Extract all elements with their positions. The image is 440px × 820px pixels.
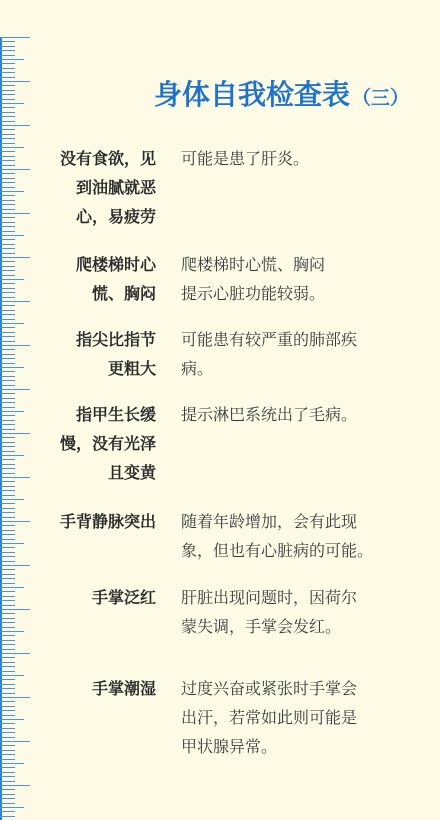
ruler-tick bbox=[0, 481, 15, 482]
ruler-tick bbox=[0, 499, 24, 500]
ruler-tick bbox=[0, 618, 15, 619]
explanation-cell: 可能患有较严重的肺部疾 病。 bbox=[181, 325, 396, 383]
ruler-tick bbox=[0, 640, 15, 641]
ruler-tick bbox=[0, 297, 15, 298]
ruler-tick bbox=[0, 732, 15, 733]
ruler-tick bbox=[0, 649, 15, 650]
title-main: 身体自我检查表 bbox=[154, 78, 350, 111]
ruler-tick bbox=[0, 46, 15, 47]
ruler-tick bbox=[0, 200, 15, 201]
ruler-tick bbox=[0, 99, 15, 100]
ruler-tick bbox=[0, 77, 15, 78]
ruler-tick bbox=[0, 811, 15, 812]
ruler-tick bbox=[0, 81, 30, 82]
ruler-tick bbox=[0, 398, 15, 399]
ruler-tick bbox=[0, 473, 15, 474]
ruler-tick bbox=[0, 789, 15, 790]
ruler-tick bbox=[0, 319, 15, 320]
ruler-tick bbox=[0, 539, 15, 540]
ruler-tick bbox=[0, 94, 15, 95]
ruler-tick bbox=[0, 261, 15, 262]
ruler-tick bbox=[0, 182, 15, 183]
ruler-tick bbox=[0, 807, 24, 808]
ruler-tick bbox=[0, 697, 30, 698]
ruler-tick bbox=[0, 270, 15, 271]
ruler-tick bbox=[0, 596, 15, 597]
ruler-tick bbox=[0, 556, 15, 557]
ruler-tick bbox=[0, 803, 15, 804]
ruler-tick bbox=[0, 464, 15, 465]
ruler-tick bbox=[0, 129, 15, 130]
explanation-line: 出汗，若常如此则可能是 bbox=[181, 703, 396, 732]
ruler-tick bbox=[0, 437, 15, 438]
ruler-tick bbox=[0, 349, 15, 350]
ruler-tick bbox=[0, 407, 15, 408]
symptom-line: 指甲生长缓 bbox=[36, 400, 156, 429]
symptom-cell: 手掌潮湿 bbox=[36, 674, 156, 703]
ruler-tick bbox=[0, 222, 15, 223]
ruler-tick bbox=[0, 279, 24, 280]
symptom-line: 且变黄 bbox=[36, 458, 156, 487]
ruler-tick bbox=[0, 323, 24, 324]
explanation-line: 过度兴奋或紧张时手掌会 bbox=[181, 674, 396, 703]
ruler-tick bbox=[0, 138, 15, 139]
ruler-tick bbox=[0, 55, 15, 56]
ruler-tick bbox=[0, 341, 15, 342]
title-part-number: （三） bbox=[352, 87, 409, 109]
ruler-tick bbox=[0, 389, 30, 390]
ruler-tick bbox=[0, 631, 24, 632]
ruler-tick bbox=[0, 305, 15, 306]
ruler-tick bbox=[0, 627, 15, 628]
ruler-tick bbox=[0, 371, 15, 372]
explanation-line: 病。 bbox=[181, 354, 396, 383]
symptom-cell: 手掌泛红 bbox=[36, 583, 156, 612]
ruler-tick bbox=[0, 147, 24, 148]
explanation-line: 蒙失调，手掌会发红。 bbox=[181, 612, 396, 641]
ruler-tick bbox=[0, 754, 15, 755]
explanation-cell: 提示淋巴系统出了毛病。 bbox=[181, 400, 396, 429]
ruler-tick bbox=[0, 477, 30, 478]
ruler-tick bbox=[0, 345, 30, 346]
symptom-line: 手掌潮湿 bbox=[36, 674, 156, 703]
ruler-tick bbox=[0, 50, 15, 51]
ruler-tick bbox=[0, 816, 15, 817]
ruler-tick bbox=[0, 63, 15, 64]
ruler-tick bbox=[0, 257, 30, 258]
ruler-tick bbox=[0, 310, 15, 311]
ruler-tick bbox=[0, 767, 15, 768]
explanation-line: 提示淋巴系统出了毛病。 bbox=[181, 400, 396, 429]
ruler-tick bbox=[0, 402, 15, 403]
ruler-tick bbox=[0, 781, 15, 782]
ruler-tick bbox=[0, 217, 15, 218]
ruler-tick bbox=[0, 72, 15, 73]
symptom-line: 没有食欲，见 bbox=[36, 144, 156, 173]
ruler-tick bbox=[0, 785, 30, 786]
ruler-tick bbox=[0, 600, 15, 601]
ruler-tick bbox=[0, 160, 15, 161]
ruler-tick bbox=[0, 798, 15, 799]
ruler-tick bbox=[0, 776, 15, 777]
ruler-tick bbox=[0, 644, 15, 645]
ruler-tick bbox=[0, 675, 24, 676]
ruler-tick bbox=[0, 662, 15, 663]
ruler-tick bbox=[0, 635, 15, 636]
symptom-line: 手背静脉突出 bbox=[36, 507, 156, 536]
ruler-tick bbox=[0, 521, 30, 522]
symptom-line: 更粗大 bbox=[36, 354, 156, 383]
ruler-tick bbox=[0, 486, 15, 487]
ruler-tick bbox=[0, 151, 15, 152]
ruler-tick bbox=[0, 583, 15, 584]
ruler-tick bbox=[0, 671, 15, 672]
ruler-tick bbox=[0, 710, 15, 711]
ruler-tick bbox=[0, 508, 15, 509]
explanation-cell: 爬楼梯时心慌、胸闷 提示心脏功能较弱。 bbox=[181, 250, 396, 308]
ruler-tick bbox=[0, 385, 15, 386]
ruler-tick bbox=[0, 455, 24, 456]
ruler-tick bbox=[0, 622, 15, 623]
ruler-tick bbox=[0, 728, 15, 729]
ruler-tick bbox=[0, 178, 15, 179]
ruler-tick bbox=[0, 565, 30, 566]
ruler-tick bbox=[0, 376, 15, 377]
ruler-tick bbox=[0, 191, 24, 192]
explanation-line: 随着年龄增加，会有此现 bbox=[181, 507, 396, 536]
ruler-tick bbox=[0, 420, 15, 421]
ruler-tick bbox=[0, 745, 15, 746]
ruler-tick bbox=[0, 134, 15, 135]
ruler-tick bbox=[0, 213, 30, 214]
ruler-tick bbox=[0, 446, 15, 447]
ruler-tick bbox=[0, 587, 24, 588]
symptom-cell: 指甲生长缓 慢，没有光泽 且变黄 bbox=[36, 400, 156, 487]
ruler-tick bbox=[0, 195, 15, 196]
ruler-tick bbox=[0, 701, 15, 702]
ruler-tick bbox=[0, 429, 15, 430]
ruler-tick bbox=[0, 578, 15, 579]
ruler-tick bbox=[0, 468, 15, 469]
ruler-decoration bbox=[0, 37, 34, 820]
ruler-tick bbox=[0, 512, 15, 513]
ruler-tick bbox=[0, 495, 15, 496]
symptom-line: 慢，没有光泽 bbox=[36, 429, 156, 458]
ruler-tick bbox=[0, 275, 15, 276]
explanation-line: 爬楼梯时心慌、胸闷 bbox=[181, 250, 396, 279]
symptom-line: 到油腻就恶 bbox=[36, 173, 156, 202]
ruler-tick bbox=[0, 442, 15, 443]
ruler-tick bbox=[0, 688, 15, 689]
ruler-tick bbox=[0, 143, 15, 144]
ruler-tick bbox=[0, 723, 15, 724]
ruler-tick bbox=[0, 283, 15, 284]
ruler-tick bbox=[0, 759, 15, 760]
ruler-tick bbox=[0, 41, 15, 42]
ruler-tick bbox=[0, 741, 30, 742]
ruler-tick bbox=[0, 503, 15, 504]
ruler-tick bbox=[0, 666, 15, 667]
ruler-tick bbox=[0, 719, 24, 720]
ruler-tick bbox=[0, 112, 15, 113]
ruler-tick bbox=[0, 204, 15, 205]
ruler-tick bbox=[0, 288, 15, 289]
ruler-tick bbox=[0, 301, 30, 302]
ruler-tick bbox=[0, 244, 15, 245]
ruler-tick bbox=[0, 37, 30, 38]
ruler-tick bbox=[0, 187, 15, 188]
ruler-tick bbox=[0, 715, 15, 716]
ruler-tick bbox=[0, 367, 24, 368]
ruler-tick bbox=[0, 358, 15, 359]
ruler-tick bbox=[0, 327, 15, 328]
ruler-tick bbox=[0, 393, 15, 394]
ruler-tick bbox=[0, 613, 15, 614]
ruler-tick bbox=[0, 772, 15, 773]
ruler-tick bbox=[0, 248, 15, 249]
ruler-tick bbox=[0, 363, 15, 364]
ruler-tick bbox=[0, 657, 15, 658]
ruler-tick bbox=[0, 679, 15, 680]
ruler-tick bbox=[0, 684, 15, 685]
symptom-line: 爬楼梯时心 bbox=[36, 250, 156, 279]
ruler-tick bbox=[0, 490, 15, 491]
explanation-line: 肝脏出现问题时，因荷尔 bbox=[181, 583, 396, 612]
ruler-tick bbox=[0, 231, 15, 232]
ruler-tick bbox=[0, 380, 15, 381]
page-title: 身体自我检查表（三） bbox=[154, 73, 409, 113]
ruler-tick bbox=[0, 534, 15, 535]
ruler-tick bbox=[0, 354, 15, 355]
ruler-tick bbox=[0, 569, 15, 570]
ruler-tick bbox=[0, 173, 15, 174]
ruler-tick bbox=[0, 609, 30, 610]
ruler-ticks bbox=[0, 37, 34, 820]
symptom-line: 心，易疲劳 bbox=[36, 202, 156, 231]
ruler-tick bbox=[0, 451, 15, 452]
ruler-tick bbox=[0, 125, 30, 126]
explanation-line: 可能是患了肝炎。 bbox=[181, 144, 396, 173]
explanation-line: 象，但也有心脏病的可能。 bbox=[181, 536, 396, 565]
ruler-tick bbox=[0, 693, 15, 694]
explanation-line: 提示心脏功能较弱。 bbox=[181, 279, 396, 308]
ruler-tick bbox=[0, 116, 15, 117]
ruler-tick bbox=[0, 165, 15, 166]
ruler-tick bbox=[0, 235, 24, 236]
ruler-tick bbox=[0, 314, 15, 315]
symptom-line: 指尖比指节 bbox=[36, 325, 156, 354]
symptom-cell: 指尖比指节 更粗大 bbox=[36, 325, 156, 383]
ruler-tick bbox=[0, 68, 15, 69]
ruler-tick bbox=[0, 591, 15, 592]
ruler-tick bbox=[0, 336, 15, 337]
ruler-tick bbox=[0, 424, 15, 425]
ruler-tick bbox=[0, 750, 15, 751]
ruler-tick bbox=[0, 459, 15, 460]
ruler-tick bbox=[0, 561, 15, 562]
ruler-tick bbox=[0, 253, 15, 254]
ruler-tick bbox=[0, 552, 15, 553]
ruler-tick bbox=[0, 517, 15, 518]
explanation-line: 可能患有较严重的肺部疾 bbox=[181, 325, 396, 354]
ruler-tick bbox=[0, 107, 15, 108]
ruler-tick bbox=[0, 415, 15, 416]
ruler-tick bbox=[0, 411, 24, 412]
explanation-line: 甲状腺异常。 bbox=[181, 732, 396, 761]
symptom-line: 慌、胸闷 bbox=[36, 279, 156, 308]
explanation-cell: 过度兴奋或紧张时手掌会 出汗，若常如此则可能是 甲状腺异常。 bbox=[181, 674, 396, 761]
ruler-tick bbox=[0, 763, 24, 764]
ruler-tick bbox=[0, 737, 15, 738]
explanation-cell: 可能是患了肝炎。 bbox=[181, 144, 396, 173]
symptom-cell: 手背静脉突出 bbox=[36, 507, 156, 536]
ruler-tick bbox=[0, 85, 15, 86]
ruler-tick bbox=[0, 169, 30, 170]
ruler-tick bbox=[0, 156, 15, 157]
symptom-line: 手掌泛红 bbox=[36, 583, 156, 612]
explanation-cell: 肝脏出现问题时，因荷尔 蒙失调，手掌会发红。 bbox=[181, 583, 396, 641]
ruler-tick bbox=[0, 59, 24, 60]
symptom-cell: 爬楼梯时心 慌、胸闷 bbox=[36, 250, 156, 308]
ruler-tick bbox=[0, 543, 24, 544]
ruler-tick bbox=[0, 121, 15, 122]
ruler-tick bbox=[0, 706, 15, 707]
ruler-tick bbox=[0, 605, 15, 606]
ruler-tick bbox=[0, 653, 30, 654]
ruler-tick bbox=[0, 525, 15, 526]
ruler-tick bbox=[0, 574, 15, 575]
symptom-cell: 没有食欲，见 到油腻就恶 心，易疲劳 bbox=[36, 144, 156, 231]
ruler-tick bbox=[0, 226, 15, 227]
ruler-tick bbox=[0, 103, 24, 104]
explanation-cell: 随着年龄增加，会有此现 象，但也有心脏病的可能。 bbox=[181, 507, 396, 565]
ruler-tick bbox=[0, 266, 15, 267]
ruler-tick bbox=[0, 530, 15, 531]
ruler-tick bbox=[0, 433, 30, 434]
ruler-tick bbox=[0, 292, 15, 293]
ruler-tick bbox=[0, 90, 15, 91]
ruler-tick bbox=[0, 239, 15, 240]
ruler-tick bbox=[0, 332, 15, 333]
ruler-tick bbox=[0, 794, 15, 795]
ruler-tick bbox=[0, 547, 15, 548]
ruler-tick bbox=[0, 209, 15, 210]
